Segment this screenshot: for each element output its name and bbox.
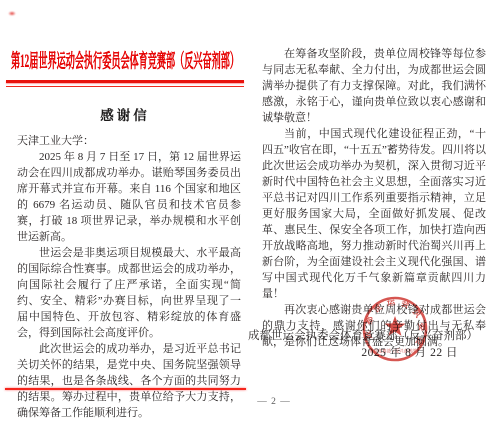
letterhead-title: 第12届世界运动会执行委员会体育竞赛部（反兴奋剂部） — [11, 49, 239, 74]
letterhead-rule-thick — [6, 80, 244, 83]
document-title: 感谢信 — [0, 104, 250, 124]
letterhead-rule-thin — [6, 86, 244, 87]
letter-page-2: 在筹备攻坚阶段，贵单位周校锋等每位参与同志无私奉献、全力付出，为成都世运会圆满举… — [250, 0, 499, 433]
official-seal-icon: 成都世运会执委会 体育竞赛部（反兴奋剂部） — [360, 295, 430, 365]
paragraph: 此次世运会的成功举办，是习近平总书记关切关怀的结果，是党中央、国务院坚强领导的结… — [17, 341, 241, 421]
paragraph: 2025 年 8 月 7 日至 17 日，第 12 届世界运动会在四川成都成功举… — [17, 149, 241, 245]
letter-page-1: 第12届世界运动会执行委员会体育竞赛部（反兴奋剂部） 感谢信 天津工业大学： 2… — [0, 0, 250, 433]
paragraph: 在筹备攻坚阶段，贵单位周校锋等每位参与同志无私奉献、全力付出，为成都世运会圆满举… — [262, 46, 486, 126]
paragraph: 当前，中国式现代化建设征程正劲，“十四五”收官在即，“十五五”蓄势待发。四川将以… — [262, 126, 486, 302]
seal-star-icon — [385, 316, 406, 336]
ink-smudge — [8, 11, 16, 16]
recipient-line: 天津工业大学： — [17, 133, 241, 149]
letter-scan-spread: 第12届世界运动会执行委员会体育竞赛部（反兴奋剂部） 感谢信 天津工业大学： 2… — [0, 0, 499, 433]
seal-inner-text: 体育竞赛部（反兴奋剂部） — [369, 348, 421, 355]
footer-rule — [5, 388, 246, 390]
letterhead: 第12届世界运动会执行委员会体育竞赛部（反兴奋剂部） — [11, 49, 241, 75]
paragraph: 世运会是非奥运项目规模最大、水平最高的国际综合性赛事。成都世运会的成功举办，向国… — [17, 245, 241, 341]
page-number: — 2 — — [252, 397, 296, 407]
letter-body-page-1: 天津工业大学： 2025 年 8 月 7 日至 17 日，第 12 届世界运动会… — [17, 133, 241, 421]
